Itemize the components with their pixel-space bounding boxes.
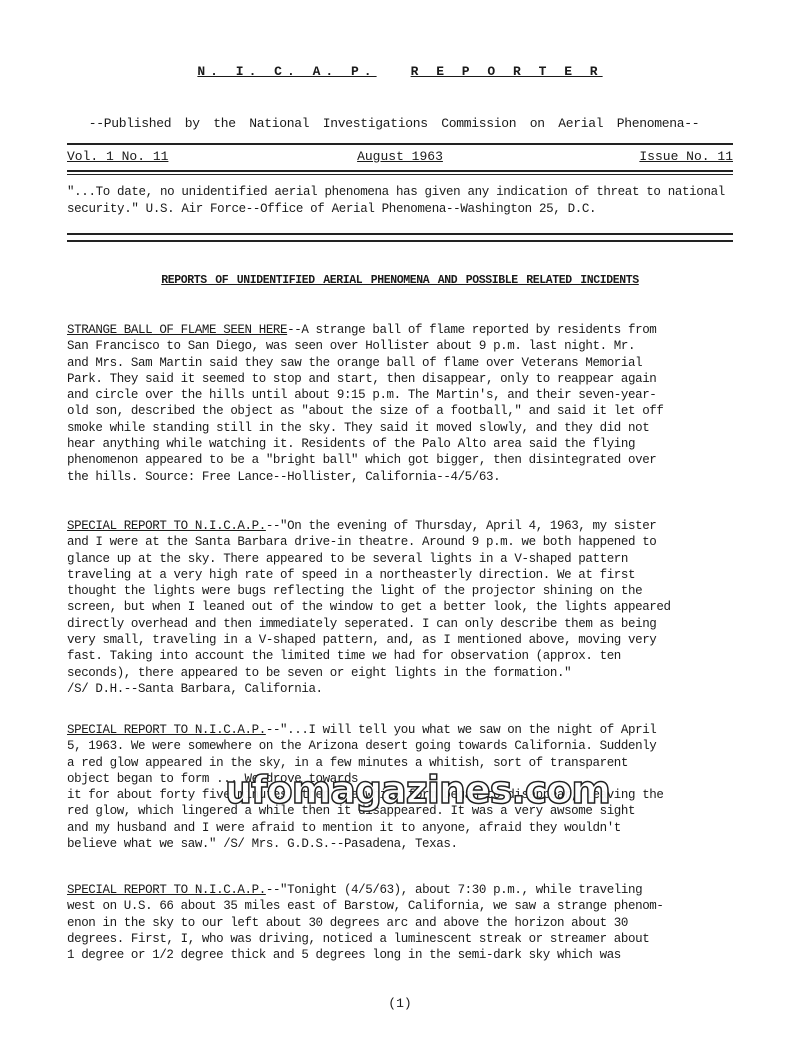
watermark: ufomagazines.com bbox=[225, 768, 610, 812]
page-number: (1) bbox=[0, 996, 800, 1011]
report-item: SPECIAL REPORT TO N.I.C.A.P.--"On the ev… bbox=[67, 518, 739, 697]
issue-info-bar: Vol. 1 No. 11 August 1963 Issue No. 11 bbox=[67, 149, 733, 167]
issue-date: August 1963 bbox=[67, 149, 733, 164]
report-heading: SPECIAL REPORT TO N.I.C.A.P. bbox=[67, 723, 266, 737]
report-item: STRANGE BALL OF FLAME SEEN HERE--A stran… bbox=[67, 322, 739, 485]
publisher-line: --Published by the National Investigatio… bbox=[44, 116, 744, 131]
report-heading: STRANGE BALL OF FLAME SEEN HERE bbox=[67, 323, 287, 337]
divider bbox=[67, 143, 733, 145]
divider bbox=[67, 174, 733, 175]
usaf-quote: "...To date, no unidentified aerial phen… bbox=[67, 184, 737, 218]
document-page: N. I. C. A. P.R E P O R T E R --Publishe… bbox=[0, 0, 800, 1043]
masthead-nicap: N. I. C. A. P. bbox=[197, 64, 376, 79]
report-body: --A strange ball of flame reported by re… bbox=[67, 323, 664, 484]
report-heading: SPECIAL REPORT TO N.I.C.A.P. bbox=[67, 883, 266, 897]
divider bbox=[67, 233, 733, 235]
report-heading: SPECIAL REPORT TO N.I.C.A.P. bbox=[67, 519, 266, 533]
report-item: SPECIAL REPORT TO N.I.C.A.P.--"Tonight (… bbox=[67, 882, 739, 963]
divider bbox=[67, 240, 733, 242]
masthead-title: N. I. C. A. P.R E P O R T E R bbox=[0, 64, 800, 79]
masthead-reporter: R E P O R T E R bbox=[411, 64, 603, 79]
report-body: --"On the evening of Thursday, April 4, … bbox=[67, 519, 671, 696]
divider bbox=[67, 170, 733, 172]
issue-number: Issue No. 11 bbox=[639, 149, 733, 164]
section-title: REPORTS OF UNIDENTIFIED AERIAL PHENOMENA… bbox=[0, 274, 800, 287]
